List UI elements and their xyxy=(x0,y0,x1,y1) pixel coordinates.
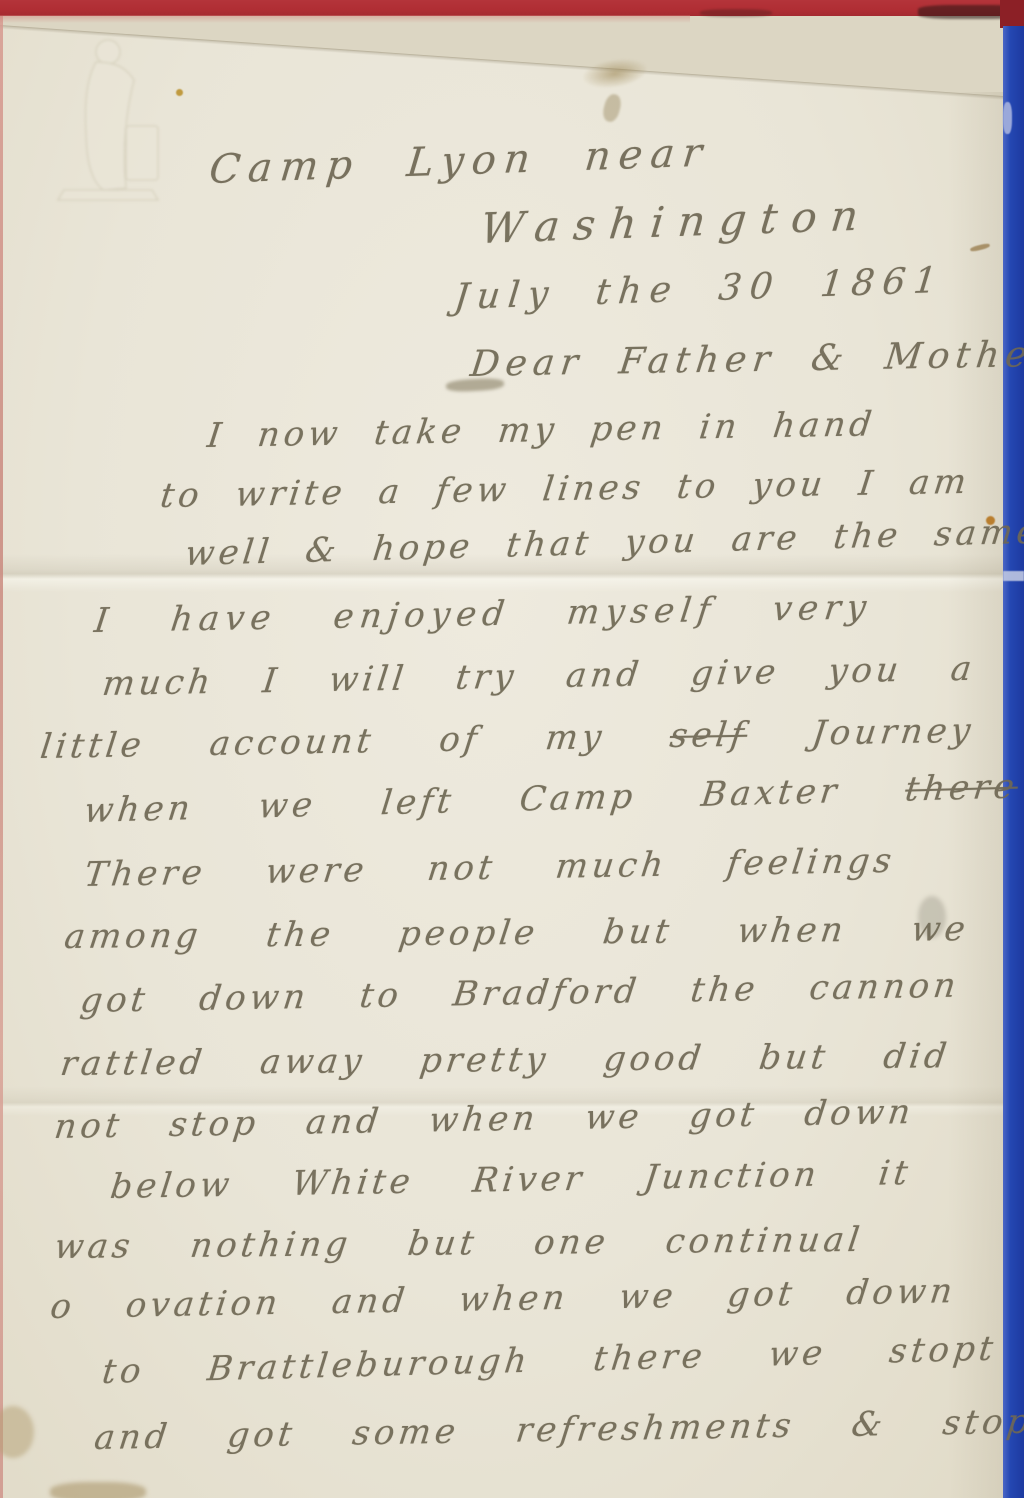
letter-line: rattled away pretty good but did xyxy=(58,1036,953,1085)
blue-strip-fold-gap xyxy=(1003,571,1024,581)
letter-line: among the people but when we xyxy=(62,909,971,958)
foxing-spot xyxy=(176,89,183,96)
struck-word: self xyxy=(668,715,750,756)
embossed-figure-stamp xyxy=(46,28,168,210)
blue-strip-notch xyxy=(1003,102,1012,134)
left-paper-edge xyxy=(0,16,3,1498)
letter-scan: Camp Lyon near Washington July the 30 18… xyxy=(0,0,1024,1498)
letter-line: was nothing but one continual xyxy=(52,1220,866,1268)
red-band-smudge xyxy=(700,9,772,17)
red-band-fade xyxy=(0,15,690,23)
red-border-band xyxy=(0,0,1024,16)
bottom-edge-stain xyxy=(50,1482,146,1498)
struck-word: there xyxy=(903,767,1020,810)
blue-binding-strip xyxy=(1003,26,1024,1498)
red-band-right-blob xyxy=(1000,0,1024,28)
line-segment: Journey xyxy=(745,711,977,755)
